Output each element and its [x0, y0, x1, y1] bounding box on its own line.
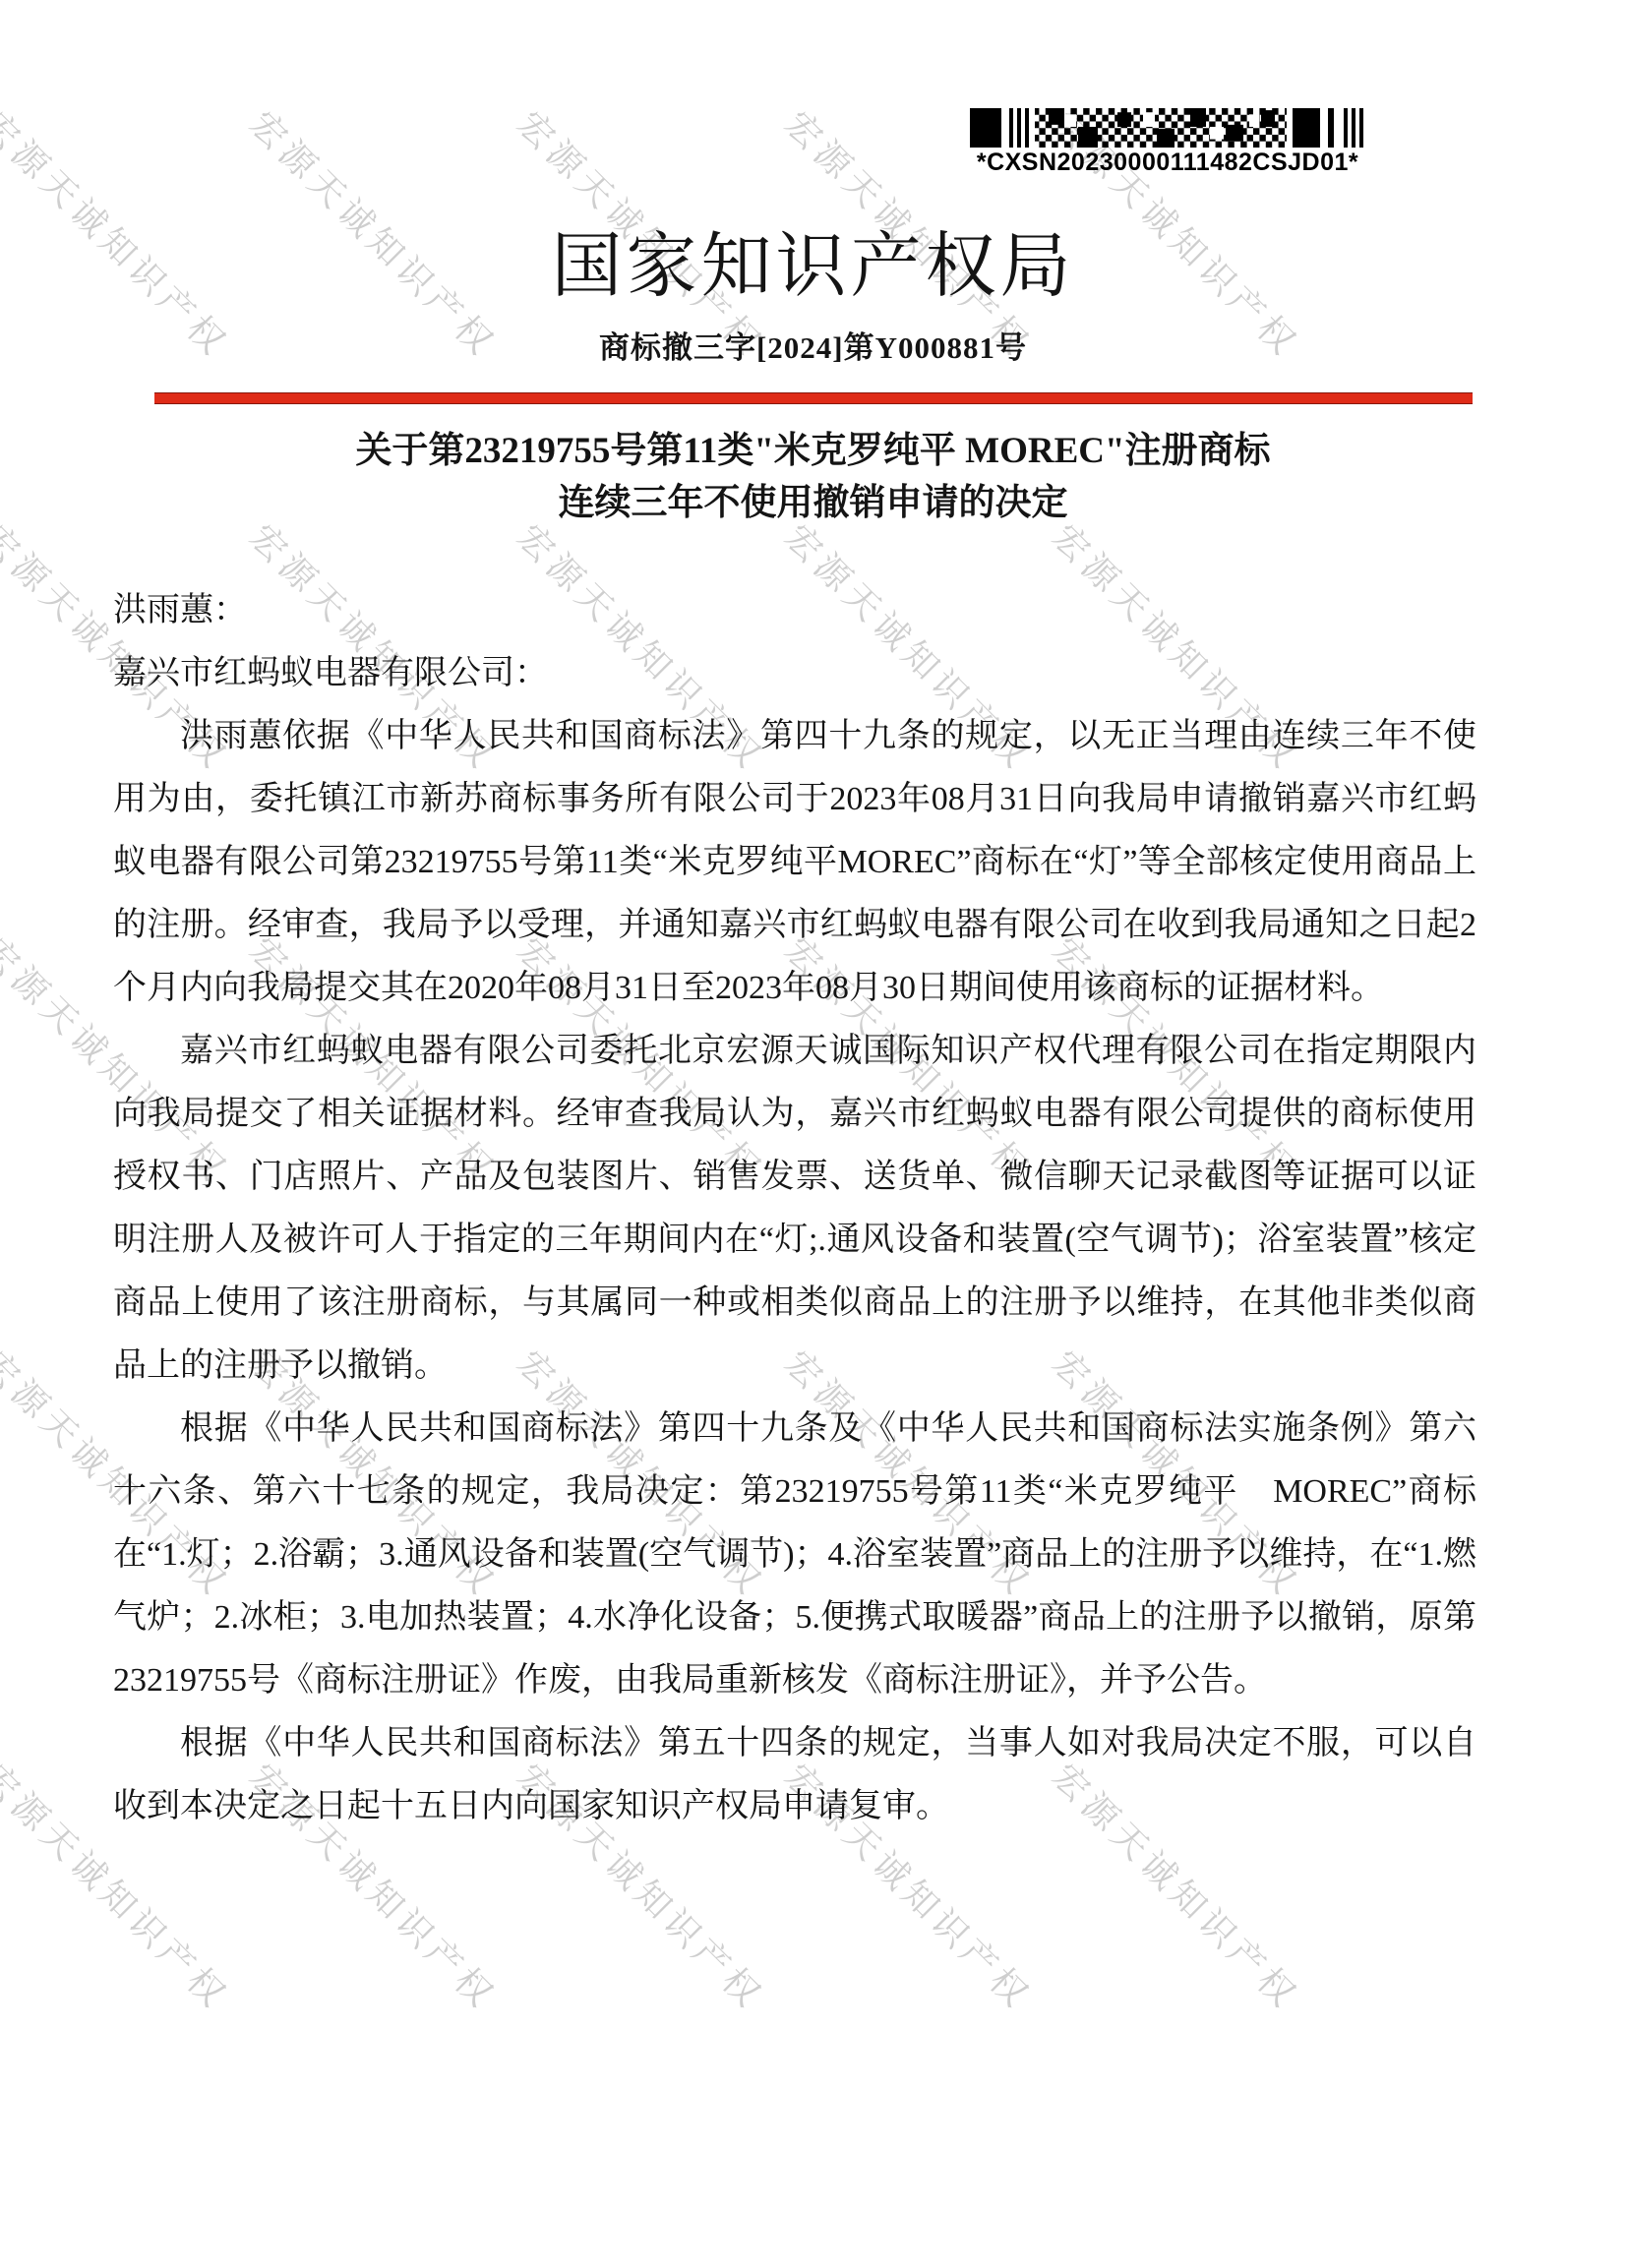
body-paragraph: 洪雨蕙依据《中华人民共和国商标法》第四十九条的规定，以无正当理由连续三年不使用为… [113, 705, 1476, 1020]
doc-number: 商标撤三字[2024]第Y000881号 [0, 323, 1626, 367]
barcode-value: *CXSN20230000111482CSJD01* [970, 149, 1365, 177]
doc-header: 国家知识产权局 商标撤三字[2024]第Y000881号 关于第23219755… [0, 0, 1626, 529]
recipient-company: 嘉兴市红蚂蚁电器有限公司： [113, 642, 1476, 705]
subject-line-1: 关于第23219755号第11类"米克罗纯平 MOREC"注册商标 [0, 426, 1626, 478]
body-block: 洪雨蕙： 嘉兴市红蚂蚁电器有限公司： 洪雨蕙依据《中华人民共和国商标法》第四十九… [0, 560, 1626, 1838]
agency-title: 国家知识产权局 [0, 224, 1626, 309]
subject-heading: 关于第23219755号第11类"米克罗纯平 MOREC"注册商标 连续三年不使… [0, 426, 1626, 529]
subject-line-2: 连续三年不使用撤销申请的决定 [0, 478, 1626, 530]
red-divider [154, 392, 1473, 404]
document-page: 宏源天诚知识产权宏源天诚知识产权宏源天诚知识产权宏源天诚知识产权宏源天诚知识产权… [0, 0, 1626, 2268]
recipient-name: 洪雨蕙： [113, 579, 1476, 642]
body-paragraph: 根据《中华人民共和国商标法》第四十九条及《中华人民共和国商标法实施条例》第六十六… [113, 1398, 1476, 1712]
body-paragraph: 根据《中华人民共和国商标法》第五十四条的规定，当事人如对我局决定不服，可以自收到… [113, 1712, 1476, 1838]
body-paragraph: 嘉兴市红蚂蚁电器有限公司委托北京宏源天诚国际知识产权代理有限公司在指定期限内向我… [113, 1020, 1476, 1398]
barcode-block: *CXSN20230000111482CSJD01* [970, 108, 1365, 177]
barcode-icon [970, 108, 1363, 148]
